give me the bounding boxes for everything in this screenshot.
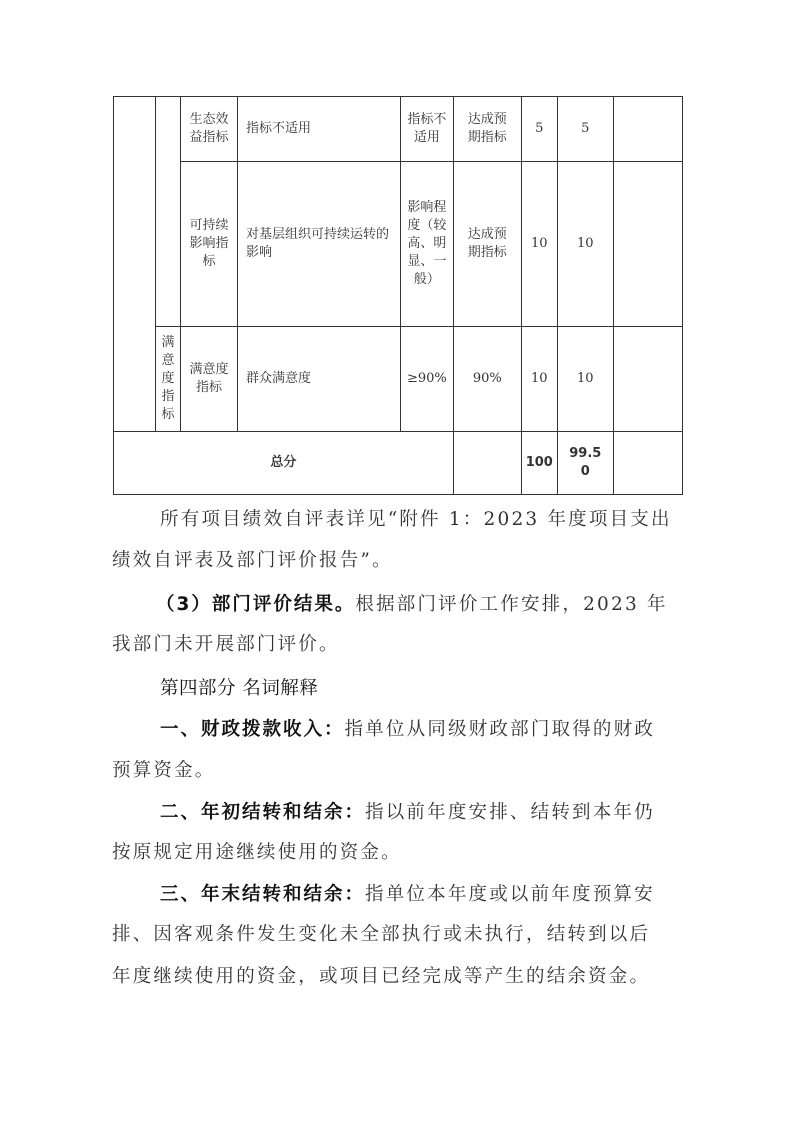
definition-term: 三、年末结转和结余： xyxy=(160,884,365,905)
table-cell-target-value: ≥90% xyxy=(401,327,454,432)
total-actual-value xyxy=(453,432,521,495)
table-cell-sub-indicator: 可持续影响指标 xyxy=(181,162,238,327)
paragraph-line: （3）部门评价结果。根据部门评价工作安排，2023 年 xyxy=(156,590,726,616)
table-cell-weight: 10 xyxy=(521,327,557,432)
table-row: 生态效益指标 指标不适用 指标不适用 达成预期指标 5 5 xyxy=(114,97,683,162)
definition-text: 指单位从同级财政部门取得的财政 xyxy=(345,719,656,740)
bold-lead: （3）部门评价结果。 xyxy=(156,594,355,615)
paragraph-line: 我部门未开展部门评价。 xyxy=(112,630,682,656)
total-weight: 100 xyxy=(521,432,557,495)
section-heading: 第四部分 名词解释 xyxy=(160,674,730,700)
table-cell-weight: 10 xyxy=(521,162,557,327)
table-cell-remark xyxy=(613,327,682,432)
table-cell-weight: 5 xyxy=(521,97,557,162)
table-cell-indicator-content: 指标不适用 xyxy=(238,97,401,162)
table-cell-remark xyxy=(613,97,682,162)
definition-line: 三、年末结转和结余：指单位本年度或以前年度预算安 xyxy=(160,880,730,906)
paragraph-line: 预算资金。 xyxy=(112,756,682,782)
paragraph-line: 绩效自评表及部门评价报告”。 xyxy=(112,546,682,572)
table-cell-score: 5 xyxy=(557,97,613,162)
definition-line: 一、财政拨款收入：指单位从同级财政部门取得的财政 xyxy=(160,715,730,741)
table-cell-level2-category xyxy=(156,97,181,327)
table-cell-target-value: 影响程度（较高、明显、一般） xyxy=(401,162,454,327)
definition-term: 二、年初结转和结余： xyxy=(160,802,365,823)
total-label: 总分 xyxy=(114,432,454,495)
table-cell-indicator-content: 群众满意度 xyxy=(238,327,401,432)
total-remark xyxy=(613,432,682,495)
table-cell-score: 10 xyxy=(557,327,613,432)
table-row-total: 总分 100 99.50 xyxy=(114,432,683,495)
table-row: 可持续影响指标 对基层组织可持续运转的影响 影响程度（较高、明显、一般） 达成预… xyxy=(114,162,683,327)
table-cell-sub-indicator: 满意度指标 xyxy=(181,327,238,432)
table-cell-target-value: 指标不适用 xyxy=(401,97,454,162)
definition-text: 指以前年度安排、结转到本年仍 xyxy=(365,802,655,823)
performance-table: 生态效益指标 指标不适用 指标不适用 达成预期指标 5 5 可持续影响指标 对基… xyxy=(113,96,683,495)
table-row: 满意度指标 满意度指标 群众满意度 ≥90% 90% 10 10 xyxy=(114,327,683,432)
table-cell-actual-value: 达成预期指标 xyxy=(453,97,521,162)
table-cell-indicator-content: 对基层组织可持续运转的影响 xyxy=(238,162,401,327)
definition-line: 二、年初结转和结余：指以前年度安排、结转到本年仍 xyxy=(160,798,730,824)
table-cell-category: 满意度指标 xyxy=(156,327,181,432)
table-cell-actual-value: 达成预期指标 xyxy=(453,162,521,327)
definition-text: 指单位本年度或以前年度预算安 xyxy=(365,884,655,905)
paragraph-line: 所有项目绩效自评表详见“附件 1：2023 年度项目支出 xyxy=(160,505,730,531)
table-cell-score: 10 xyxy=(557,162,613,327)
table-cell-remark xyxy=(613,162,682,327)
paragraph-line: 按原规定用途继续使用的资金。 xyxy=(112,838,682,864)
paragraph-line: 排、因客观条件发生变化未全部执行或未执行，结转到以后 xyxy=(112,920,682,946)
paragraph-text: 根据部门评价工作安排，2023 年 xyxy=(355,594,667,615)
definition-term: 一、财政拨款收入： xyxy=(160,719,345,740)
table-cell-actual-value: 90% xyxy=(453,327,521,432)
table-cell-sub-indicator: 生态效益指标 xyxy=(181,97,238,162)
table-cell-level1-category xyxy=(114,97,156,432)
total-score: 99.50 xyxy=(557,432,613,495)
paragraph-line: 年度继续使用的资金，或项目已经完成等产生的结余资金。 xyxy=(112,962,682,988)
